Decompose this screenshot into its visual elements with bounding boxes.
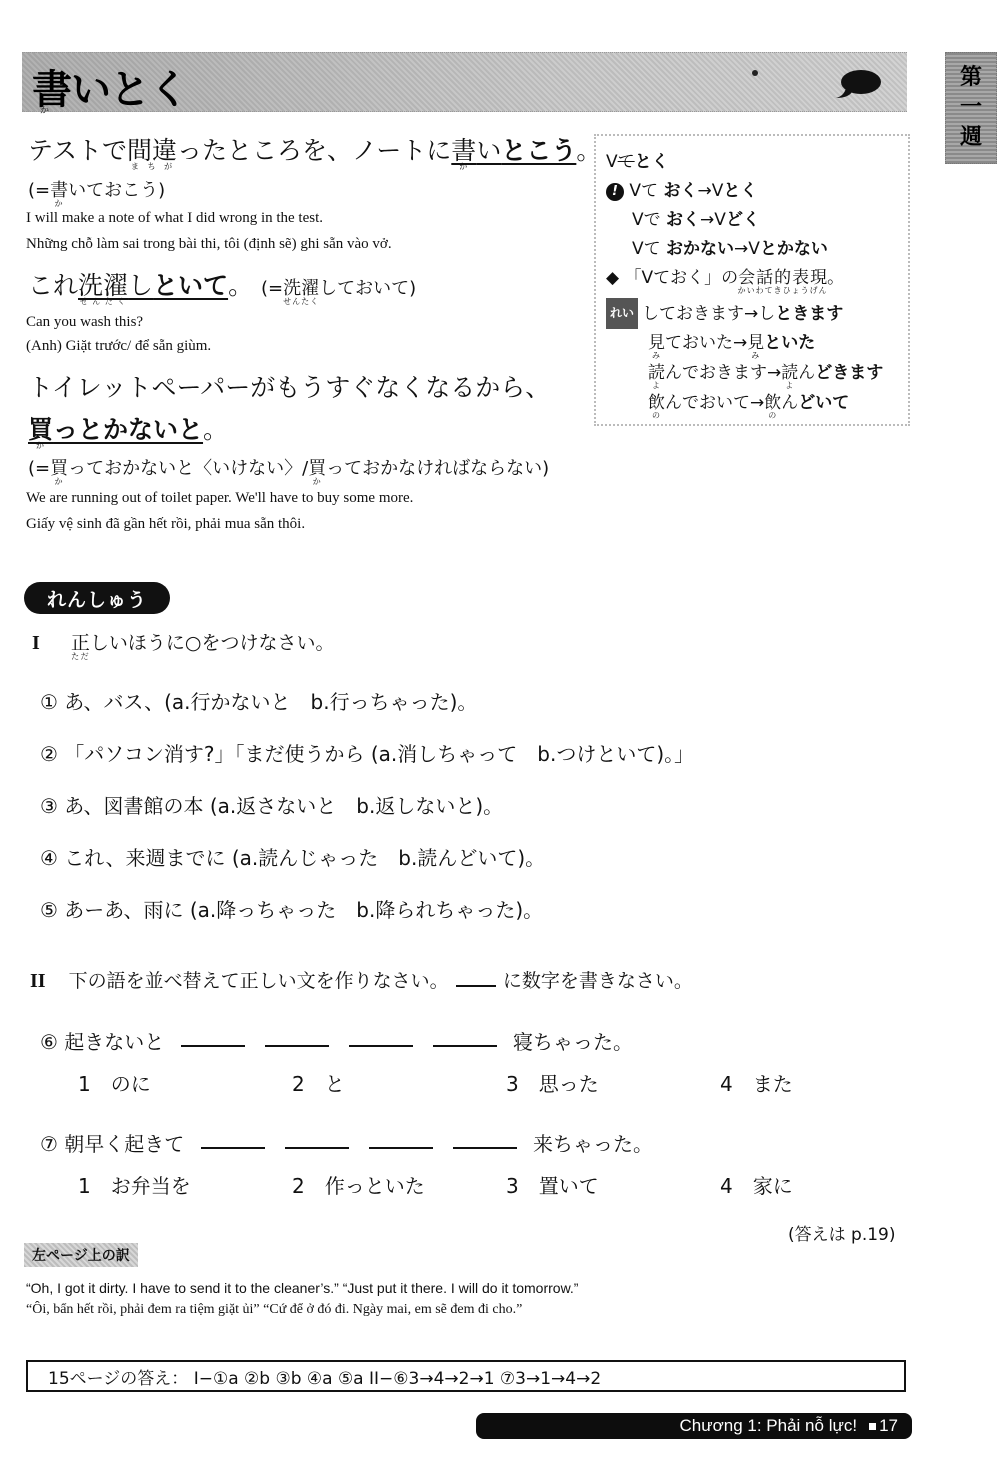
- question-7: ⑦ 朝早く起きて 来ちゃった。: [40, 1130, 653, 1158]
- example-2-vietnamese: (Anh) Giặt trước/ để sẵn giùm.: [26, 336, 211, 356]
- answer-blank[interactable]: [433, 1045, 497, 1047]
- answer-blank[interactable]: [369, 1147, 433, 1149]
- question-6: ⑥ 起きないと 寝ちゃった。: [40, 1028, 633, 1056]
- example-1-vietnamese: Những chỗ làm sai trong bài thi, tôi (đị…: [26, 234, 392, 254]
- rei-label: れい: [606, 298, 638, 329]
- chapter-title: Chương 1: Phải nỗ lực!: [680, 1416, 858, 1436]
- answer-reference: (答えは p.19): [788, 1220, 896, 1245]
- example-3-jp-line2: 買かっとかないと。: [28, 414, 228, 449]
- q7-choice-3: 3 置いて: [506, 1170, 599, 1199]
- answer-blank[interactable]: [453, 1147, 517, 1149]
- speech-bubble-icon: [834, 68, 882, 100]
- question-1: ① あ、バス、(a.行かないと b.行っちゃった)。: [40, 688, 477, 716]
- answer-blank[interactable]: [285, 1147, 349, 1149]
- square-bullet-icon: [869, 1423, 876, 1430]
- grammar-rule: Vて おかない→Vとかない: [606, 235, 898, 264]
- side-tab-char: 一: [960, 93, 982, 123]
- q7-choice-2: 2 作っといた: [292, 1170, 425, 1199]
- q7-choice-1: 1 お弁当を: [78, 1170, 191, 1199]
- renshuu-label: れんしゅう: [24, 582, 170, 614]
- example-2-jp: これ洗濯せんたくしといて。 (=洗濯せんたくしておいて): [28, 270, 416, 305]
- example-3-equivalent: (=買かっておかないと〈いけない〉/買かっておかなければならない): [28, 456, 549, 485]
- example-1-english: I will make a note of what I did wrong i…: [26, 208, 323, 228]
- example-1-jp: テストで間違まちがったところを、ノートに書かいとこう。: [28, 135, 601, 170]
- section-2-heading: II 下の語を並べ替えて正しい文を作りなさい。 に数字を書きなさい。: [30, 966, 693, 993]
- example-2-english: Can you wash this?: [26, 312, 143, 332]
- example-2-equivalent: (=洗濯せんたくしておいて): [261, 278, 416, 299]
- rei-example: 飲のんでおいて→飲のんどいて: [606, 389, 898, 419]
- question-5: ⑤ あーあ、雨に (a.降っちゃった b.降られちゃった)。: [40, 896, 543, 924]
- week-side-tab: 第 一 週: [945, 52, 997, 164]
- exclamation-icon: !: [606, 183, 624, 201]
- left-page-translation-label: 左ページ上の訳: [24, 1243, 138, 1267]
- section-1-heading: I 正ただしいほうに○をつけなさい。: [32, 628, 335, 660]
- rei-example: 読よんでおきます→読よんどきます: [606, 359, 898, 389]
- example-3-jp-line1: トイレットペーパーがもうすぐなくなるから、: [28, 372, 550, 404]
- grammar-note-box: Vてとく ! Vて おく→Vとく Vで おく→Vどく Vて おかない→Vとかない…: [594, 134, 910, 426]
- diamond-icon: ◆: [606, 268, 619, 288]
- grammar-rule: ! Vて おく→Vとく: [606, 177, 898, 206]
- decorative-dot: [752, 70, 758, 76]
- q6-choice-3: 3 思った: [506, 1068, 599, 1097]
- previous-page-answers: 15ページの答え： I−①a ②b ③b ④a ⑤a II−⑥3→4→2→1 ⑦…: [26, 1360, 906, 1392]
- rei-example: 見みておいた→見みといた: [606, 329, 898, 359]
- answer-blank[interactable]: [349, 1045, 413, 1047]
- rei-example: れいしておきます→しときます: [606, 298, 898, 329]
- chapter-footer: Chương 1: Phải nỗ lực! 17: [476, 1413, 912, 1439]
- grammar-note: ◆ 「Vておく」の会話的表現かいわてきひょうげん。: [606, 264, 898, 294]
- answer-blank[interactable]: [201, 1147, 265, 1149]
- q6-choice-4: 4 また: [720, 1068, 793, 1097]
- page-title: 書いとく: [32, 58, 188, 115]
- question-2: ② 「パソコン消す?」「まだ使うから (a.消しちゃって b.つけといて)。」: [40, 740, 694, 768]
- example-1-equivalent: (=書かいておこう): [28, 178, 165, 207]
- side-tab-char: 週: [960, 123, 982, 153]
- translation-english: “Oh, I got it dirty. I have to send it t…: [26, 1276, 578, 1300]
- grammar-title: Vてとく: [606, 148, 898, 177]
- side-tab-char: 第: [960, 63, 982, 93]
- answer-blank[interactable]: [265, 1045, 329, 1047]
- q6-choice-2: 2 と: [292, 1068, 345, 1097]
- answer-blank[interactable]: [181, 1045, 245, 1047]
- page-number: 17: [879, 1416, 898, 1436]
- translation-vietnamese: “Ôi, bẩn hết rồi, phải đem ra tiệm giặt …: [26, 1302, 522, 1318]
- grammar-rule: Vで おく→Vどく: [606, 206, 898, 235]
- question-4: ④ これ、来週までに (a.読んじゃった b.読んどいて)。: [40, 844, 545, 872]
- q7-choice-4: 4 家に: [720, 1170, 793, 1199]
- example-3-vietnamese: Giấy vệ sinh đã gần hết rồi, phải mua sẵ…: [26, 514, 305, 534]
- title-furigana: か: [40, 103, 49, 116]
- example-3-english: We are running out of toilet paper. We'l…: [26, 488, 413, 508]
- q6-choice-1: 1 のに: [78, 1068, 151, 1097]
- question-3: ③ あ、図書館の本 (a.返さないと b.返しないと)。: [40, 792, 503, 820]
